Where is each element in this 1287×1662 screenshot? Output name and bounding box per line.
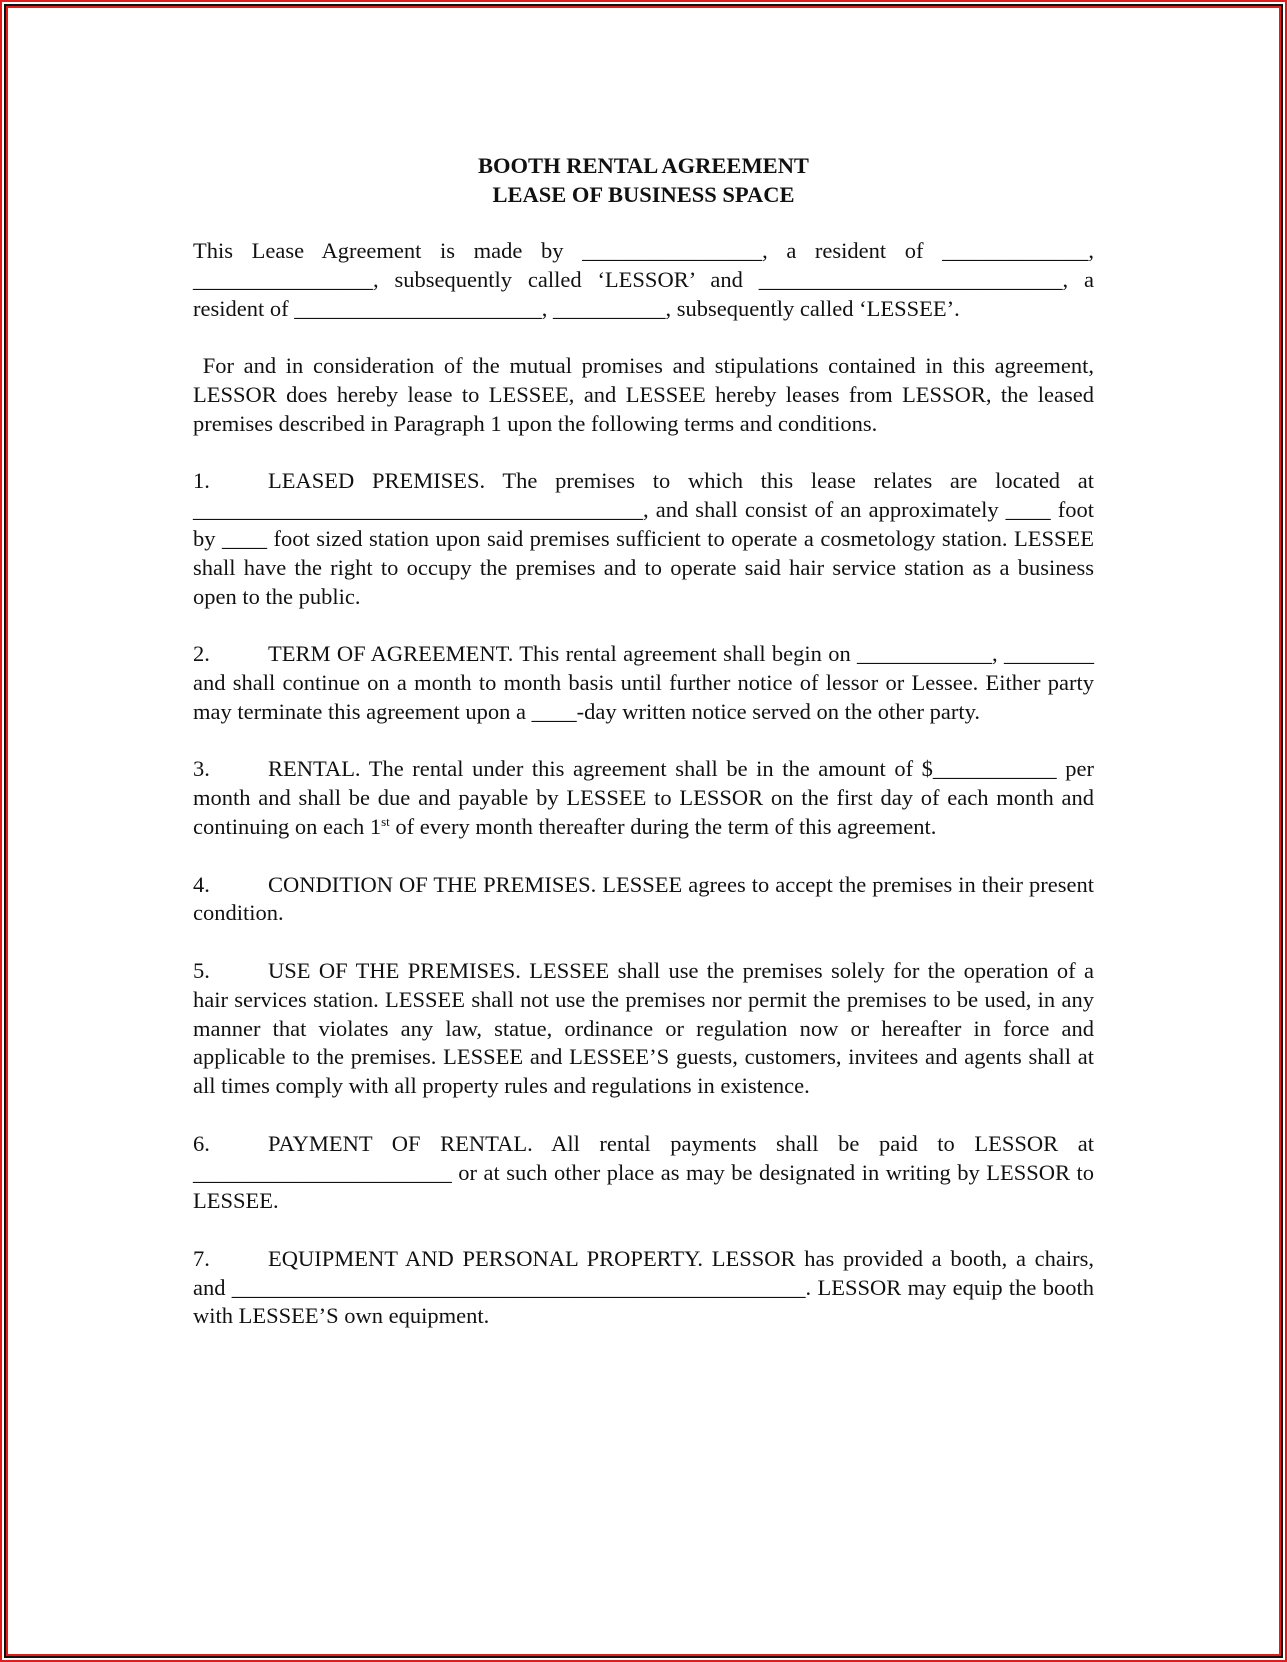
section-number: 5.: [193, 957, 268, 986]
section-1: 1.LEASED PREMISES. The premises to which…: [193, 467, 1094, 611]
section-number: 2.: [193, 640, 268, 669]
consideration-paragraph: For and in consideration of the mutual p…: [193, 352, 1094, 438]
section-3: 3.RENTAL. The rental under this agreemen…: [193, 755, 1094, 841]
document-title: BOOTH RENTAL AGREEMENT LEASE OF BUSINESS…: [193, 152, 1094, 209]
document-page: BOOTH RENTAL AGREEMENT LEASE OF BUSINESS…: [193, 152, 1094, 1360]
section-4: 4.CONDITION OF THE PREMISES. LESSEE agre…: [193, 871, 1094, 929]
section-number: 6.: [193, 1130, 268, 1159]
section-number: 7.: [193, 1245, 268, 1274]
section-6: 6.PAYMENT OF RENTAL. All rental payments…: [193, 1130, 1094, 1216]
section-text-continued: of every month thereafter during the ter…: [390, 814, 937, 839]
section-text: CONDITION OF THE PREMISES. LESSEE agrees…: [193, 872, 1094, 926]
section-number: 4.: [193, 871, 268, 900]
section-text: EQUIPMENT AND PERSONAL PROPERTY. LESSOR …: [193, 1246, 1094, 1329]
section-number: 3.: [193, 755, 268, 784]
section-text: TERM OF AGREEMENT. This rental agreement…: [193, 641, 1094, 724]
section-number: 1.: [193, 467, 268, 496]
section-7: 7.EQUIPMENT AND PERSONAL PROPERTY. LESSO…: [193, 1245, 1094, 1331]
section-text: LEASED PREMISES. The premises to which t…: [193, 468, 1094, 608]
section-2: 2.TERM OF AGREEMENT. This rental agreeme…: [193, 640, 1094, 726]
title-line-1: BOOTH RENTAL AGREEMENT: [193, 152, 1094, 181]
consideration-text: For and in consideration of the mutual p…: [193, 353, 1094, 436]
intro-paragraph: This Lease Agreement is made by ________…: [193, 237, 1094, 323]
title-line-2: LEASE OF BUSINESS SPACE: [193, 181, 1094, 210]
ordinal-superscript: st: [381, 814, 390, 829]
section-text: USE OF THE PREMISES. LESSEE shall use th…: [193, 958, 1094, 1098]
section-text: PAYMENT OF RENTAL. All rental payments s…: [193, 1131, 1094, 1214]
section-5: 5.USE OF THE PREMISES. LESSEE shall use …: [193, 957, 1094, 1101]
